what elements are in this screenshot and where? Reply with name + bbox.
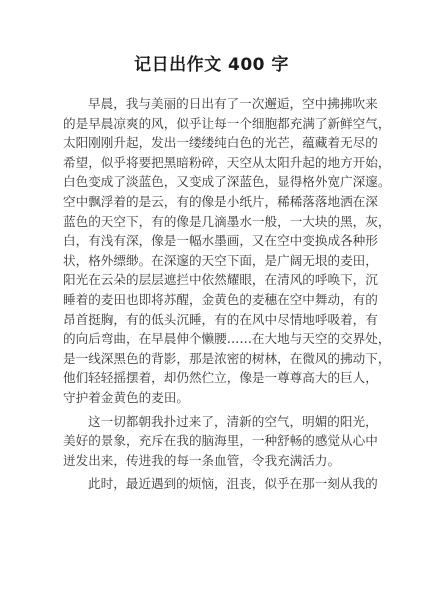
text-line: 状，格外缥缈。在深邃的天空下面，是广阔无垠的麦田， xyxy=(63,251,355,271)
text-line: 美好的景象，充斥在我的脑海里，一种舒畅的感觉从心中 xyxy=(63,431,355,451)
text-line: 的向后弯曲，在早晨伸个懒腰……在大地与天空的交界处， xyxy=(63,329,355,349)
text-line: 蓝色的天空下，有的像是几滴墨水一般，一大块的黑，灰， xyxy=(63,212,355,232)
text-line: 守护着金黄色的麦田。 xyxy=(63,388,355,408)
text-line: 睡着的麦田也即将苏醒，金黄色的麦穗在空中舞动，有的 xyxy=(63,290,355,310)
text-line: 迸发出来，传进我的每一条血管，令我充满活力。 xyxy=(63,451,355,471)
text-line: 空中飘浮着的是云，有的像是小纸片，稀稀落落地洒在深 xyxy=(63,192,355,212)
text-line: 白色变成了淡蓝色，又变成了深蓝色，显得格外宽广深邃。 xyxy=(63,172,355,192)
text-line: 阳光在云朵的层层遮拦中依然耀眼，在清风的呼唤下，沉 xyxy=(63,270,355,290)
text-line: 他们轻轻摇摆着，却仍然伫立，像是一尊尊高大的巨人， xyxy=(63,368,355,388)
text-line: 这一切都朝我扑过来了，清新的空气，明媚的阳光， xyxy=(63,412,355,432)
document-body: 早晨，我与美丽的日出有了一次邂逅，空中拂拂吹来 的是早晨凉爽的风，似乎让每一个细… xyxy=(63,94,355,494)
paragraph-1: 早晨，我与美丽的日出有了一次邂逅，空中拂拂吹来 的是早晨凉爽的风，似乎让每一个细… xyxy=(63,94,355,408)
document-page: 记日出作文 400 字 早晨，我与美丽的日出有了一次邂逅，空中拂拂吹来 的是早晨… xyxy=(0,0,423,600)
document-title: 记日出作文 400 字 xyxy=(0,50,423,75)
text-line: 昂首挺胸，有的低头沉睡，有的在风中尽情地呼吸着，有 xyxy=(63,310,355,330)
text-line: 此时，最近遇到的烦恼，沮丧，似乎在那一刻从我的 xyxy=(63,474,355,494)
text-line: 早晨，我与美丽的日出有了一次邂逅，空中拂拂吹来 xyxy=(63,94,355,114)
paragraph-2: 这一切都朝我扑过来了，清新的空气，明媚的阳光， 美好的景象，充斥在我的脑海里，一… xyxy=(63,412,355,471)
text-line: 太阳刚刚升起，发出一缕缕纯白色的光芒，蕴藏着无尽的 xyxy=(63,133,355,153)
text-line: 的是早晨凉爽的风，似乎让每一个细胞都充满了新鲜空气， xyxy=(63,114,355,134)
text-line: 白，有浅有深，像是一幅水墨画，又在空中变换成各种形 xyxy=(63,231,355,251)
paragraph-3: 此时，最近遇到的烦恼，沮丧，似乎在那一刻从我的 xyxy=(63,474,355,494)
text-line: 是一线深黑色的背影，那是浓密的树林，在微风的拂动下， xyxy=(63,349,355,369)
text-line: 希望，似乎将要把黑暗粉碎，天空从太阳升起的地方开始， xyxy=(63,153,355,173)
